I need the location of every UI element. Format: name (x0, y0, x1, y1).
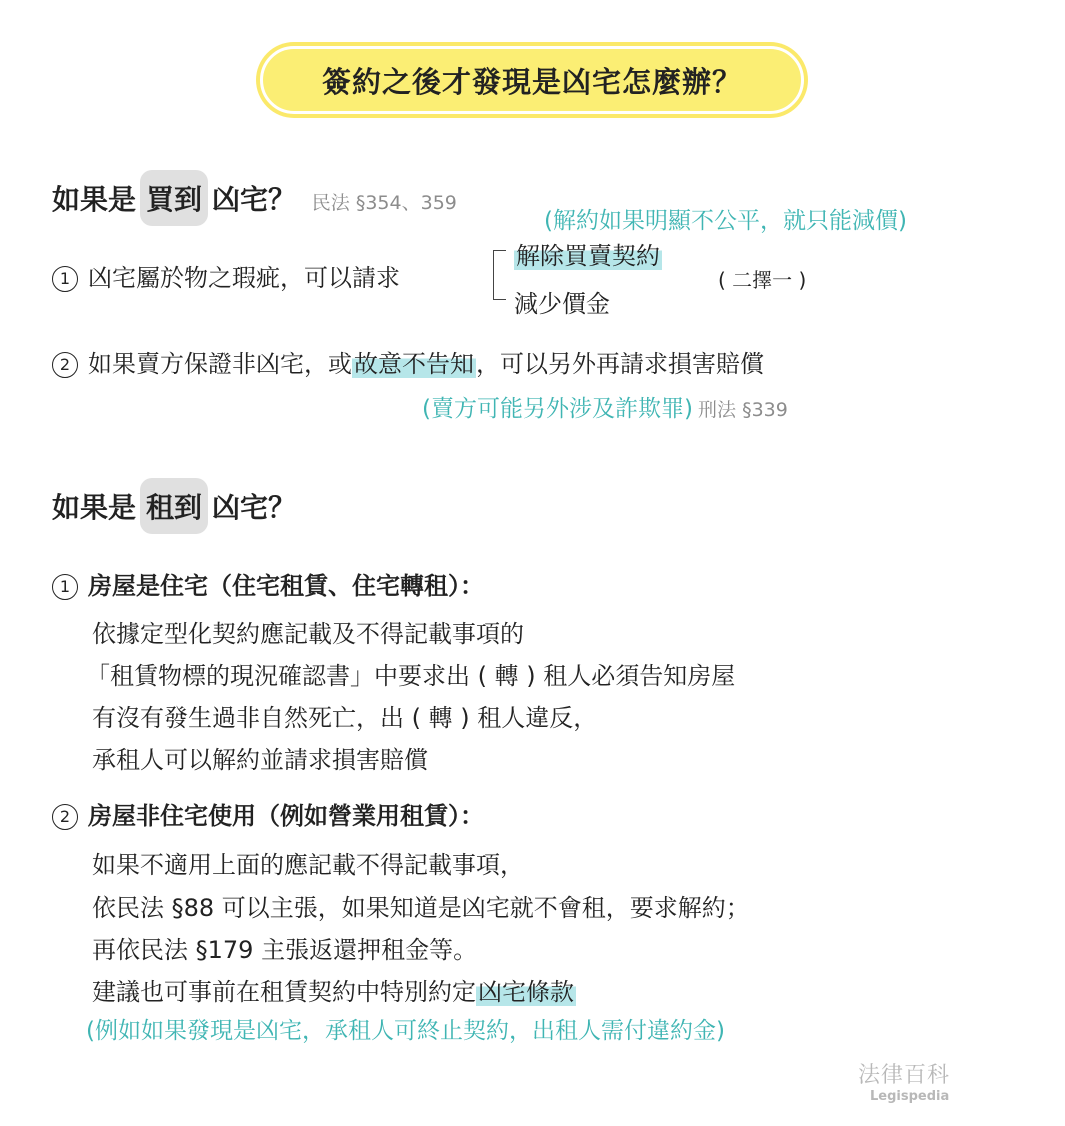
heading-suffix: 凶宅？ (212, 491, 296, 524)
buy-item-1: 1凶宅屬於物之瑕疵，可以請求 (52, 258, 400, 293)
rent-item-1-line: 有沒有發生過非自然死亡，出 ( 轉 ) 租人違反， (92, 698, 597, 733)
circled-number-1: 1 (52, 574, 78, 600)
buy-heading: 如果是買到凶宅？ 民法 §354、359 (52, 170, 457, 226)
rent-item-1-line: 「租賃物標的現況確認書」中要求出 ( 轉 ) 租人必須告知房屋 (86, 656, 735, 691)
heading-chip-buy: 買到 (140, 170, 208, 226)
rescind-note: (解約如果明顯不公平，就只能減價) (544, 202, 907, 235)
suggestion-text: 建議也可事前在租賃契約中特別約定 (92, 978, 476, 1006)
option-rescind: 解除買賣契約 (514, 236, 662, 271)
rent-item-1-line: 承租人可以解約並請求損害賠償 (92, 740, 428, 775)
civil-law-ref: 民法 §354、359 (312, 192, 457, 214)
circled-number-1: 1 (52, 266, 78, 292)
bracket-icon (493, 250, 506, 300)
highlight-clause: 凶宅條款 (476, 978, 576, 1006)
heading-suffix: 凶宅？ (212, 183, 296, 216)
logo-zh: 法律百科 (858, 1058, 950, 1089)
highlight-intentional: 故意不告知 (352, 350, 476, 378)
choice-note: ( 二擇一 ) (718, 264, 806, 293)
option-reduce-price: 減少價金 (514, 284, 610, 319)
rent-item-1-line: 依據定型化契約應記載及不得記載事項的 (92, 614, 524, 649)
buy-item-2-text-before: 如果賣方保證非凶宅，或 (88, 350, 352, 378)
clause-note: (例如如果發現是凶宅，承租人可終止契約，出租人需付違約金) (86, 1012, 725, 1045)
circled-number-2: 2 (52, 352, 78, 378)
criminal-law-ref: 刑法 §339 (698, 399, 788, 421)
rent-item-2-title-text: 房屋非住宅使用（例如營業用租賃）： (88, 802, 484, 830)
rent-item-2-line: 依民法 §88 可以主張，如果知道是凶宅就不會租，要求解約； (92, 888, 750, 923)
rent-item-2-line: 再依民法 §179 主張返還押租金等。 (92, 930, 477, 965)
rent-item-1-title: 1房屋是住宅（住宅租賃、住宅轉租）： (52, 566, 484, 601)
buy-item-2-text-after: ，可以另外再請求損害賠償 (476, 350, 764, 378)
fraud-note-line: (賣方可能另外涉及詐欺罪) 刑法 §339 (422, 390, 788, 423)
heading-prefix: 如果是 (52, 183, 136, 216)
heading-prefix: 如果是 (52, 491, 136, 524)
rent-item-2-line: 如果不適用上面的應記載不得記載事項， (92, 845, 524, 880)
buy-item-2: 2如果賣方保證非凶宅，或故意不告知，可以另外再請求損害賠償 (52, 344, 764, 379)
circled-number-2: 2 (52, 804, 78, 830)
rent-item-2-line: 建議也可事前在租賃契約中特別約定凶宅條款 (92, 972, 576, 1007)
buy-item-1-text: 凶宅屬於物之瑕疵，可以請求 (88, 264, 400, 292)
rent-item-1-title-text: 房屋是住宅（住宅租賃、住宅轉租）： (88, 572, 484, 600)
fraud-note: (賣方可能另外涉及詐欺罪) (422, 396, 693, 422)
title-banner: 簽約之後才發現是凶宅怎麼辦？ (256, 42, 808, 118)
page-title: 簽約之後才發現是凶宅怎麼辦？ (260, 46, 804, 114)
rent-heading: 如果是租到凶宅？ (52, 478, 296, 534)
logo-en: Legispedia (870, 1089, 949, 1104)
heading-chip-rent: 租到 (140, 478, 208, 534)
option-rescind-text: 解除買賣契約 (514, 242, 662, 270)
rent-item-2-title: 2房屋非住宅使用（例如營業用租賃）： (52, 796, 484, 831)
